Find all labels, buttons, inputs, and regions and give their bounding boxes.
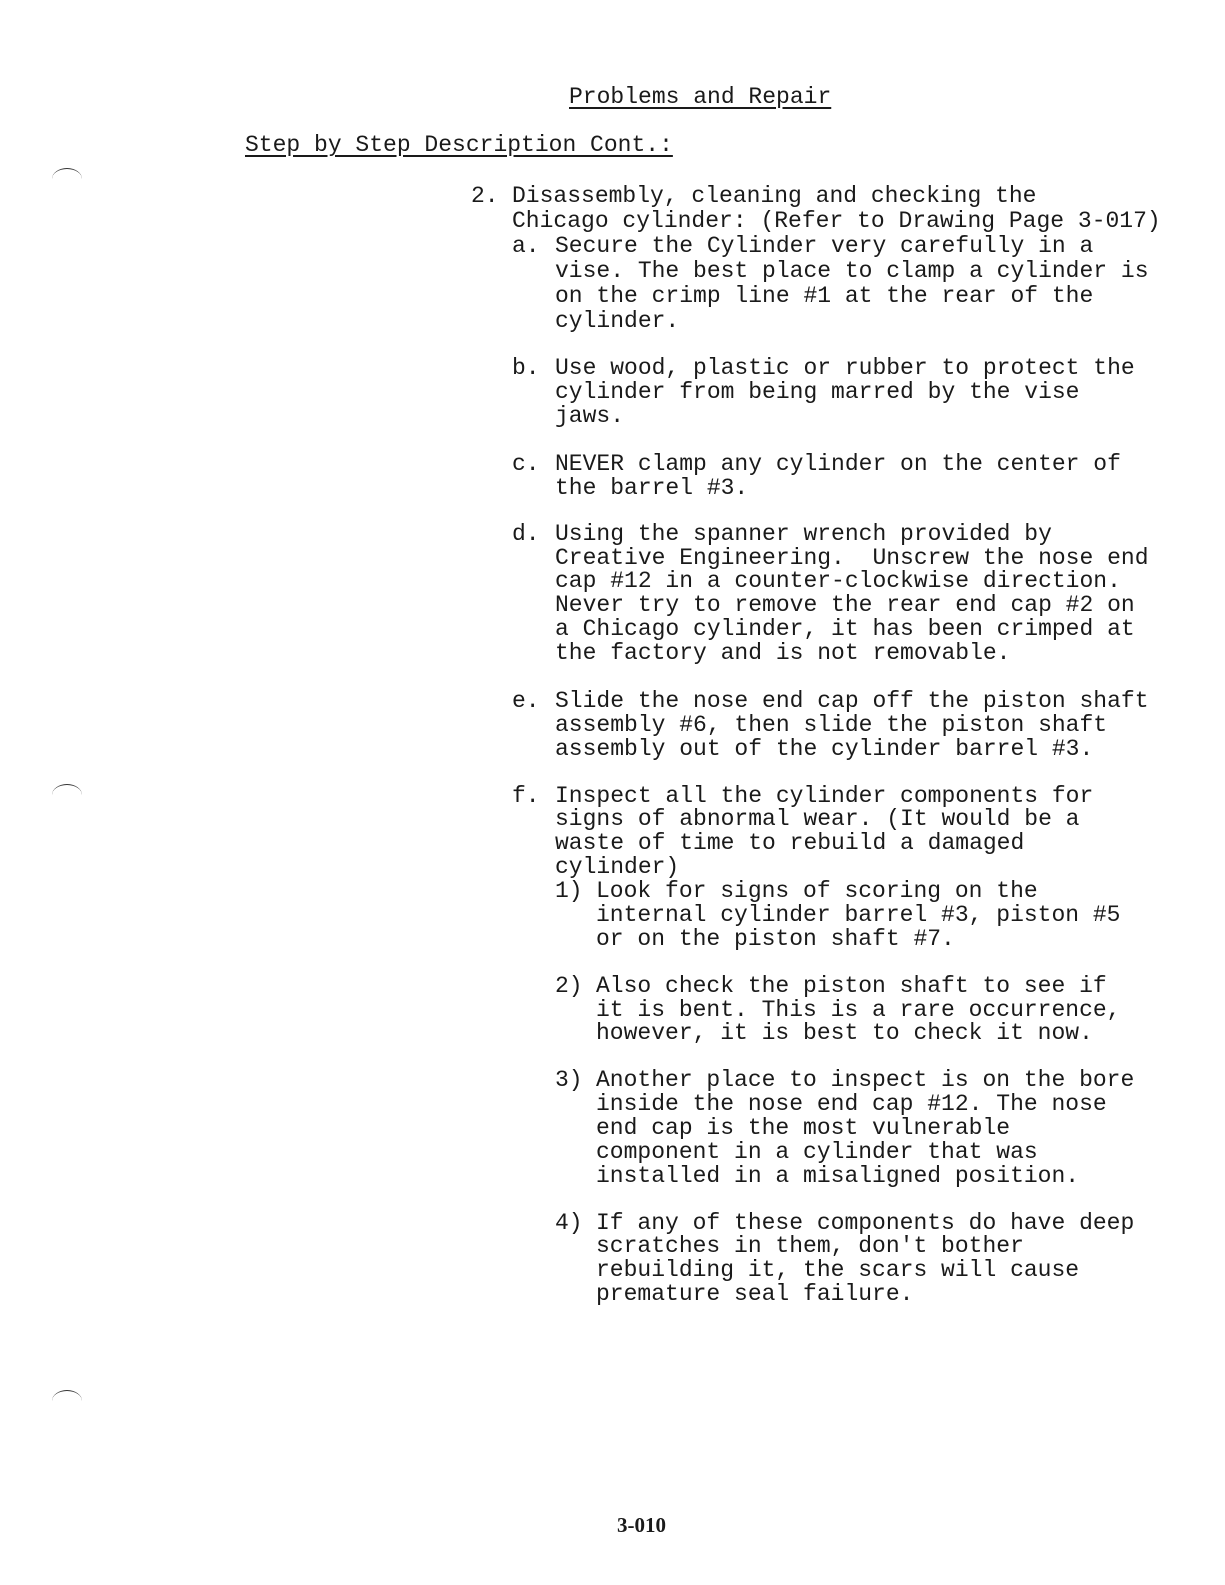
step-line: cylinder from being marred by the vise	[555, 380, 1080, 404]
step-line: jaws.	[555, 404, 624, 428]
step-line: Use wood, plastic or rubber to protect t…	[555, 356, 1135, 380]
step-marker: b.	[512, 356, 540, 380]
step-line: assembly out of the cylinder barrel #3.	[555, 737, 1093, 761]
step-line: Inspect all the cylinder components for	[555, 784, 1093, 808]
substep-line: however, it is best to check it now.	[596, 1021, 1093, 1045]
step-marker: c.	[512, 452, 540, 476]
step-line: Never try to remove the rear end cap #2 …	[555, 593, 1135, 617]
step-line: cap #12 in a counter-clockwise direction…	[555, 569, 1121, 593]
substep-line: or on the piston shaft #7.	[596, 927, 955, 951]
step-line: Using the spanner wrench provided by	[555, 522, 1052, 546]
step-marker: d.	[512, 522, 540, 546]
step-line: Creative Engineering. Unscrew the nose e…	[555, 546, 1149, 570]
substep-line: Also check the piston shaft to see if	[596, 974, 1107, 998]
substep-line: it is bent. This is a rare occurrence,	[596, 998, 1121, 1022]
binder-hole-mark	[52, 1390, 82, 1401]
section-number: 2.	[471, 184, 499, 208]
step-line: vise. The best place to clamp a cylinder…	[555, 259, 1149, 283]
step-marker: f.	[512, 784, 540, 808]
substep-line: premature seal failure.	[596, 1282, 913, 1306]
substep-marker: 3)	[555, 1068, 583, 1092]
binder-hole-mark	[52, 168, 82, 179]
step-marker: a.	[512, 234, 540, 258]
step-line: Secure the Cylinder very carefully in a	[555, 234, 1093, 258]
step-line: Slide the nose end cap off the piston sh…	[555, 689, 1149, 713]
substep-line: If any of these components do have deep	[596, 1211, 1134, 1235]
step-line: waste of time to rebuild a damaged	[555, 831, 1024, 855]
section-heading-line: Chicago cylinder: (Refer to Drawing Page…	[512, 209, 1161, 233]
section-heading-line: Disassembly, cleaning and checking the	[512, 184, 1037, 208]
step-marker: e.	[512, 689, 540, 713]
page-number: 3-010	[617, 1513, 666, 1537]
section-subtitle: Step by Step Description Cont.:	[245, 131, 673, 159]
substep-marker: 4)	[555, 1211, 583, 1235]
step-line: NEVER clamp any cylinder on the center o…	[555, 452, 1121, 476]
binder-hole-mark	[52, 784, 82, 795]
substep-line: internal cylinder barrel #3, piston #5	[596, 903, 1121, 927]
substep-line: Look for signs of scoring on the	[596, 879, 1038, 903]
step-line: the factory and is not removable.	[555, 641, 1010, 665]
step-line: cylinder.	[555, 309, 679, 333]
substep-line: Another place to inspect is on the bore	[596, 1068, 1134, 1092]
step-line: cylinder)	[555, 855, 679, 879]
step-line: signs of abnormal wear. (It would be a	[555, 807, 1080, 831]
substep-line: rebuilding it, the scars will cause	[596, 1258, 1079, 1282]
step-line: a Chicago cylinder, it has been crimped …	[555, 617, 1135, 641]
substep-line: inside the nose end cap #12. The nose	[596, 1092, 1107, 1116]
step-line: on the crimp line #1 at the rear of the	[555, 284, 1093, 308]
substep-line: installed in a misaligned position.	[596, 1164, 1079, 1188]
substep-line: component in a cylinder that was	[596, 1140, 1038, 1164]
substep-line: end cap is the most vulnerable	[596, 1116, 1010, 1140]
substep-marker: 1)	[555, 879, 583, 903]
step-line: the barrel #3.	[555, 476, 748, 500]
substep-marker: 2)	[555, 974, 583, 998]
page-title: Problems and Repair	[569, 83, 831, 111]
document-page: Problems and Repair Step by Step Descrip…	[0, 0, 1225, 1585]
step-line: assembly #6, then slide the piston shaft	[555, 713, 1107, 737]
substep-line: scratches in them, don't bother	[596, 1234, 1024, 1258]
